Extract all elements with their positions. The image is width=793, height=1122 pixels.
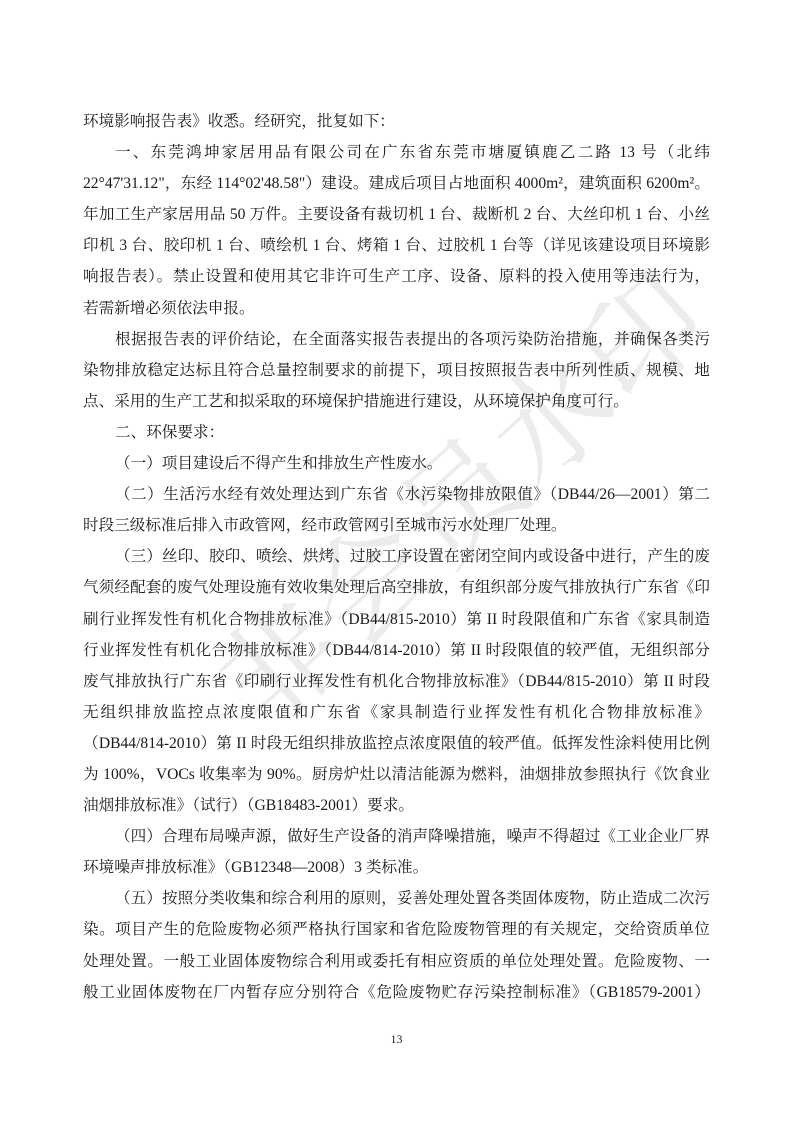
section-heading: 二、环保要求： xyxy=(83,417,710,448)
text-line: 若需新增必须依法申报。 xyxy=(83,293,710,324)
text-line: 为 100%，VOCs 收集率为 90%。厨房炉灶以清洁能源为燃料，油烟排放参照… xyxy=(83,759,710,790)
text-line: 般工业固体废物在厂内暂存应分别符合《危险废物贮存污染控制标准》（GB18579-… xyxy=(83,977,710,1008)
text-line: 废气排放执行广东省《印刷行业挥发性有机化合物排放标准》（DB44/815-201… xyxy=(83,666,710,697)
text-line: 环境影响报告表》收悉。经研究，批复如下： xyxy=(83,106,710,137)
text-line: 根据报告表的评价结论，在全面落实报告表提出的各项污染防治措施，并确保各类污 xyxy=(83,324,710,355)
text-line: 无组织排放监控点浓度限值和广东省《家具制造行业挥发性有机化合物排放标准》 xyxy=(83,697,710,728)
text-line: （五）按照分类收集和综合利用的原则，妥善处理处置各类固体废物，防止造成二次污 xyxy=(83,883,710,914)
text-line: 印机 3 台、胶印机 1 台、喷绘机 1 台、烤箱 1 台、过胶机 1 台等（详… xyxy=(83,230,710,261)
document-page: 非会员水印 环境影响报告表》收悉。经研究，批复如下： 一、东莞鸿坤家居用品有限公… xyxy=(0,0,793,1122)
text-line: 油烟排放标准》（试行）（GB18483-2001）要求。 xyxy=(83,790,710,821)
text-line: 时段三级标准后排入市政管网，经市政管网引至城市污水处理厂处理。 xyxy=(83,510,710,541)
text-line: 点、采用的生产工艺和拟采取的环境保护措施进行建设，从环境保护角度可行。 xyxy=(83,386,710,417)
text-line: 染物排放稳定达标且符合总量控制要求的前提下，项目按照报告表中所列性质、规模、地 xyxy=(83,355,710,386)
text-line: 年加工生产家居用品 50 万件。主要设备有裁切机 1 台、裁断机 2 台、大丝印… xyxy=(83,199,710,230)
text-line: 环境噪声排放标准》（GB12348—2008）3 类标准。 xyxy=(83,852,710,883)
text-line: （三）丝印、胶印、喷绘、烘烤、过胶工序设置在密闭空间内或设备中进行，产生的废 xyxy=(83,541,710,572)
text-line: 染。项目产生的危险废物必须严格执行国家和省危险废物管理的有关规定，交给资质单位 xyxy=(83,914,710,945)
text-line: 响报告表）。禁止设置和使用其它非许可生产工序、设备、原料的投入使用等违法行为， xyxy=(83,261,710,292)
text-line: （一）项目建设后不得产生和排放生产性废水。 xyxy=(83,448,710,479)
text-line: （DB44/814-2010）第 II 时段无组织排放监控点浓度限值的较严值。低… xyxy=(83,728,710,759)
text-line: （二）生活污水经有效处理达到广东省《水污染物排放限值》（DB44/26—2001… xyxy=(83,479,710,510)
text-line: 一、东莞鸿坤家居用品有限公司在广东省东莞市塘厦镇鹿乙二路 13 号（北纬 xyxy=(83,137,710,168)
page-number: 13 xyxy=(0,1032,793,1047)
text-line: （四）合理布局噪声源，做好生产设备的消声降噪措施，噪声不得超过《工业企业厂界 xyxy=(83,821,710,852)
text-line: 22°47'31.12"，东经 114°02'48.58"）建设。建成后项目占地… xyxy=(83,168,710,199)
document-body: 环境影响报告表》收悉。经研究，批复如下： 一、东莞鸿坤家居用品有限公司在广东省东… xyxy=(83,106,710,1008)
text-line: 刷行业挥发性有机化合物排放标准》（DB44/815-2010）第 II 时段限值… xyxy=(83,604,710,635)
text-line: 气须经配套的废气处理设施有效收集处理后高空排放，有组织部分废气排放执行广东省《印 xyxy=(83,572,710,603)
text-line: 处理处置。一般工业固体废物综合利用或委托有相应资质的单位处理处置。危险废物、一 xyxy=(83,946,710,977)
text-line: 行业挥发性有机化合物排放标准》（DB44/814-2010）第 II 时段限值的… xyxy=(83,635,710,666)
